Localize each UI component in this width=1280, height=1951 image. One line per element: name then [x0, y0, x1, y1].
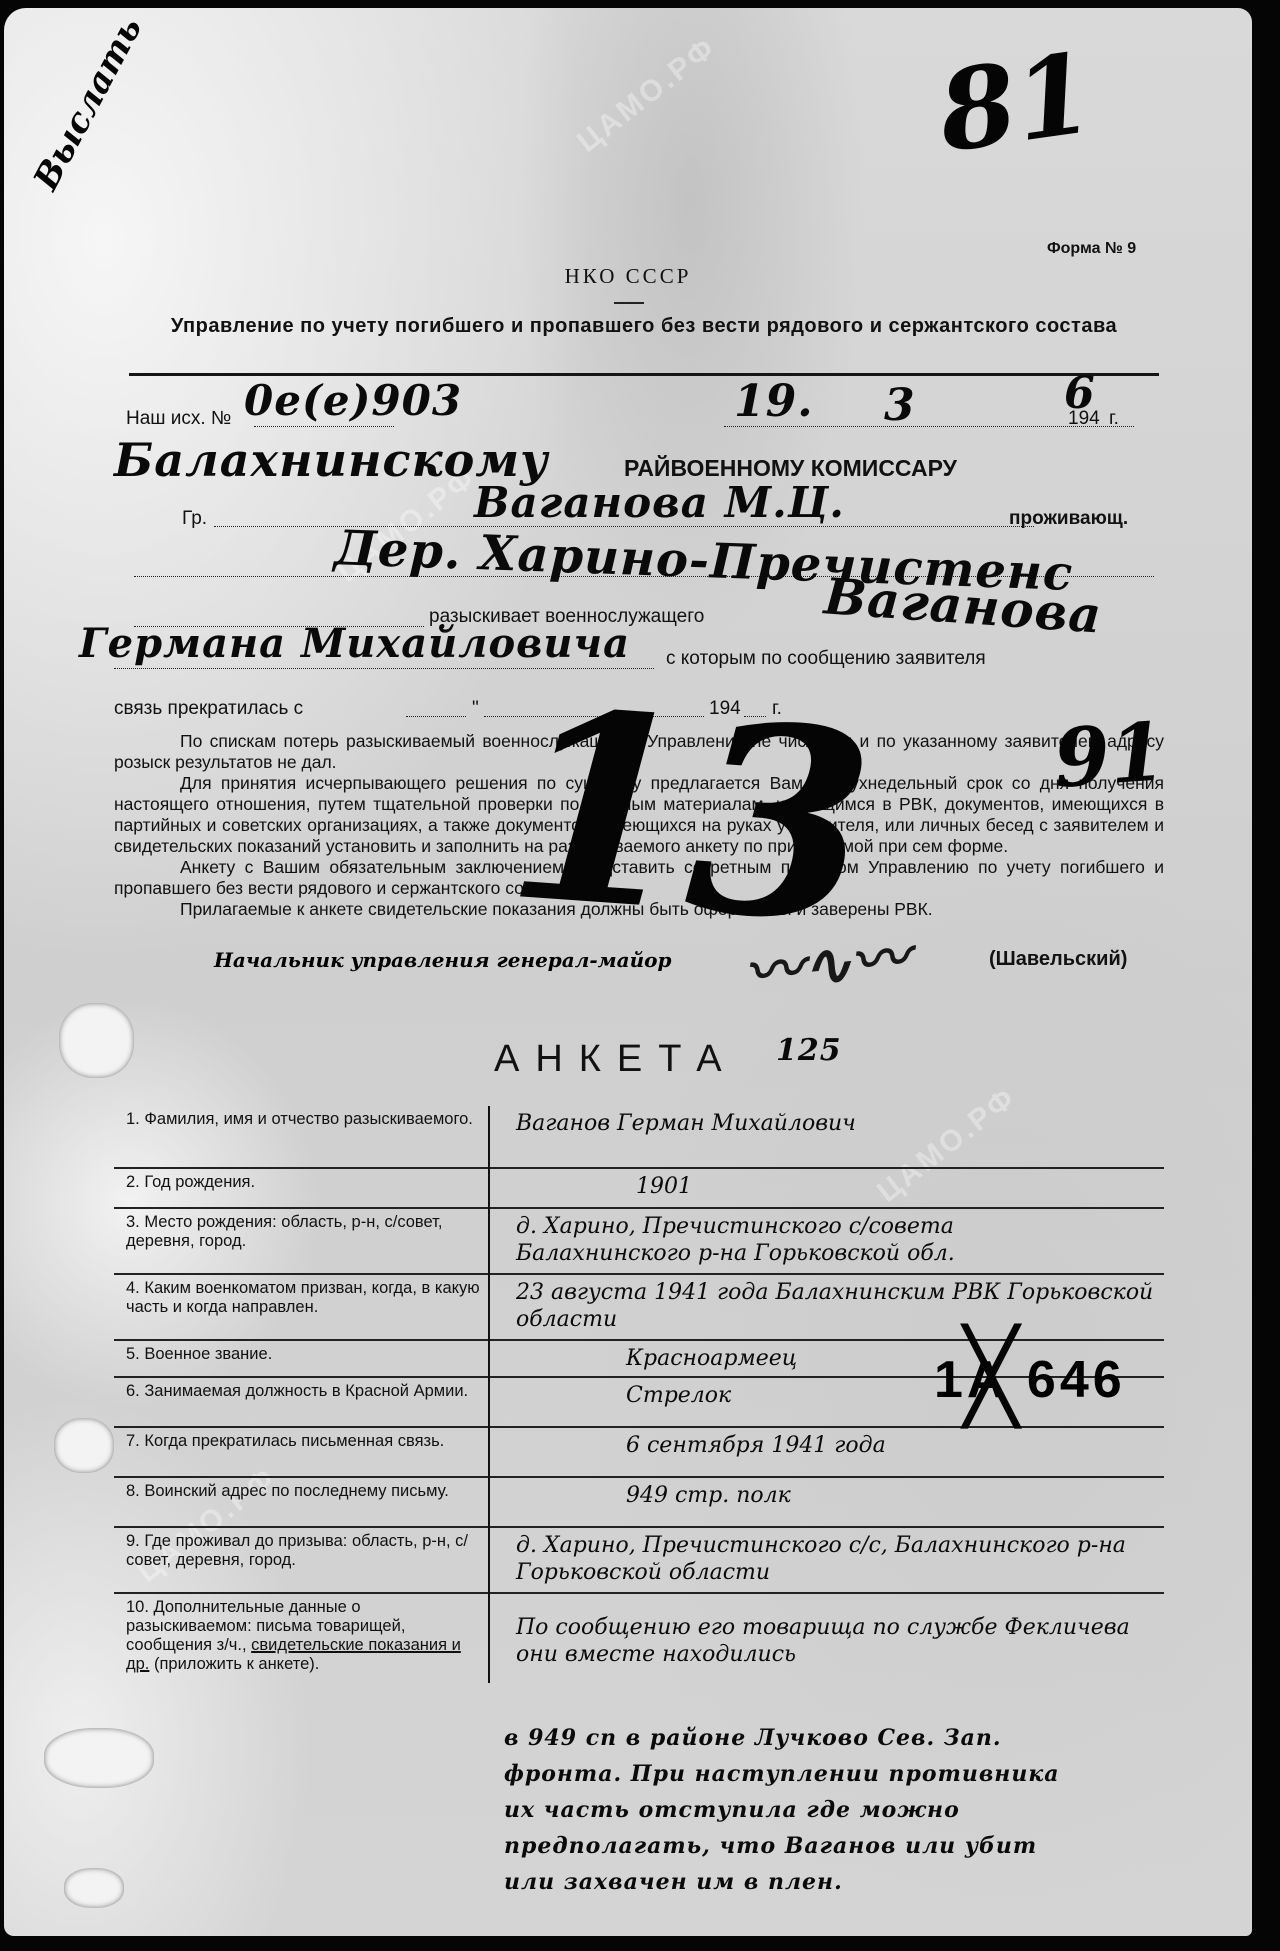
anketa-title: АНКЕТА: [494, 1038, 738, 1081]
question-cell: 8. Воинский адрес по последнему письму.: [114, 1477, 489, 1527]
answer-cell: д. Харино, Пречистинского с/совета Балах…: [489, 1208, 1164, 1274]
table-row: 10. Дополнительные данные о разыскиваемо…: [114, 1593, 1164, 1683]
handwritten-margin-number: 91: [1051, 704, 1169, 806]
citizen-label: Гр.: [182, 508, 207, 530]
citizen-name: Ваганова М.Ц.: [474, 478, 845, 527]
question-cell: 7. Когда прекратилась письменная связь.: [114, 1427, 489, 1477]
divider: [614, 302, 644, 304]
date-month: 3: [884, 380, 916, 431]
contact-quote: ": [472, 698, 479, 720]
contact-lost-label: связь прекратилась с: [114, 698, 303, 720]
signature-scribble: 〰∿〰: [740, 910, 912, 1011]
answer-line: в 949 сп в районе Лучково Сев. Зап.: [504, 1720, 1224, 1756]
question-text: (приложить к анкете).: [149, 1655, 319, 1673]
question-cell: 10. Дополнительные данные о разыскиваемо…: [114, 1593, 489, 1683]
answer-line: 1901: [516, 1173, 1158, 1200]
stamp-cross-mark: ╳: [964, 1323, 1018, 1429]
signatory-title: Начальник управления генерал-майор: [214, 948, 672, 972]
paper-tear: [54, 1418, 114, 1473]
table-row: 9. Где проживал до призыва: область, р-н…: [114, 1527, 1164, 1593]
answer-cell: д. Харино, Пречистинского с/с, Балахнинс…: [489, 1527, 1164, 1593]
answer-line: 949 стр. полк: [516, 1482, 1158, 1509]
answer-cell: 6 сентября 1941 года: [489, 1427, 1164, 1477]
table-row: 2. Год рождения. 1901: [114, 1168, 1164, 1208]
table-row: 3. Место рождения: область, р-н, с/совет…: [114, 1208, 1164, 1274]
outgoing-number: 0е(е)903: [244, 376, 462, 425]
answer-line: Ваганов Герман Михайлович: [516, 1110, 1158, 1137]
answer-cell: По сообщению его товарища по службе Фекл…: [489, 1593, 1164, 1683]
answer-line: или захвачен им в плен.: [504, 1864, 1224, 1900]
question-cell: 5. Военное звание.: [114, 1340, 489, 1377]
answer-cell: 949 стр. полк: [489, 1477, 1164, 1527]
document-page: ЦАМО.РФ ЦАМО.РФ ЦАМО.РФ ЦАМО.РФ 81 Высла…: [4, 8, 1252, 1936]
stamp-number: 1А 646: [934, 1350, 1126, 1410]
residing-label: проживающ.: [1009, 508, 1128, 530]
question-cell: 9. Где проживал до призыва: область, р-н…: [114, 1527, 489, 1593]
answer-line: 6 сентября 1941 года: [516, 1432, 1158, 1459]
answer-line: По сообщению его товарища по службе Фекл…: [516, 1614, 1158, 1668]
outgoing-number-line: [254, 426, 394, 427]
signatory-name: (Шавельский): [989, 948, 1127, 971]
additional-info-continuation: в 949 сп в районе Лучково Сев. Зап. фрон…: [504, 1720, 1224, 1900]
answer-line: д. Харино, Пречистинского с/совета: [516, 1213, 1158, 1240]
table-row: 7. Когда прекратилась письменная связь. …: [114, 1427, 1164, 1477]
answer-cell: Ваганов Герман Михайлович: [489, 1106, 1164, 1168]
question-cell: 6. Занимаемая должность в Красной Армии.: [114, 1377, 489, 1427]
question-cell: 3. Место рождения: область, р-н, с/совет…: [114, 1208, 489, 1274]
table-row: 8. Воинский адрес по последнему письму. …: [114, 1477, 1164, 1527]
organization-title: НКО СССР: [4, 264, 1252, 289]
answer-line: д. Харино, Пречистинского с/с, Балахнинс…: [516, 1532, 1158, 1586]
year-digit: 6: [1064, 368, 1096, 419]
paper-tear: [64, 1868, 124, 1908]
outgoing-label: Наш исх. №: [126, 408, 231, 430]
answer-line: фронта. При наступлении противника: [504, 1756, 1224, 1792]
contact-day-line: [406, 716, 466, 717]
table-row: 1. Фамилия, имя и отчество разыскиваемог…: [114, 1106, 1164, 1168]
answer-line: Балахнинского р-на Горьковской обл.: [516, 1240, 1158, 1267]
answer-cell: 23 августа 1941 года Балахнинским РВК Го…: [489, 1274, 1164, 1340]
question-cell: 4. Каким военкоматом призван, когда, в к…: [114, 1274, 489, 1340]
form-number: Форма № 9: [1047, 240, 1136, 258]
paper-tear: [59, 1003, 134, 1078]
department-title: Управление по учету погибшего и пропавше…: [124, 313, 1164, 340]
question-cell: 2. Год рождения.: [114, 1168, 489, 1208]
answer-line: предполагать, что Ваганов или убит: [504, 1828, 1224, 1864]
handwritten-note-top-left: Выслать: [26, 11, 150, 197]
answer-cell: 1901: [489, 1168, 1164, 1208]
answer-line: их часть отступила где можно: [504, 1792, 1224, 1828]
handwritten-number-top: 81: [931, 28, 1101, 177]
date-day: 19.: [734, 376, 814, 427]
anketa-number: 125: [776, 1033, 842, 1068]
question-cell: 1. Фамилия, имя и отчество разыскиваемог…: [114, 1106, 489, 1168]
year-suffix: г.: [1109, 408, 1119, 430]
watermark: ЦАМО.РФ: [571, 30, 723, 159]
answer-line: 23 августа 1941 года Балахнинским РВК Го…: [516, 1279, 1158, 1333]
paper-tear: [44, 1728, 154, 1788]
